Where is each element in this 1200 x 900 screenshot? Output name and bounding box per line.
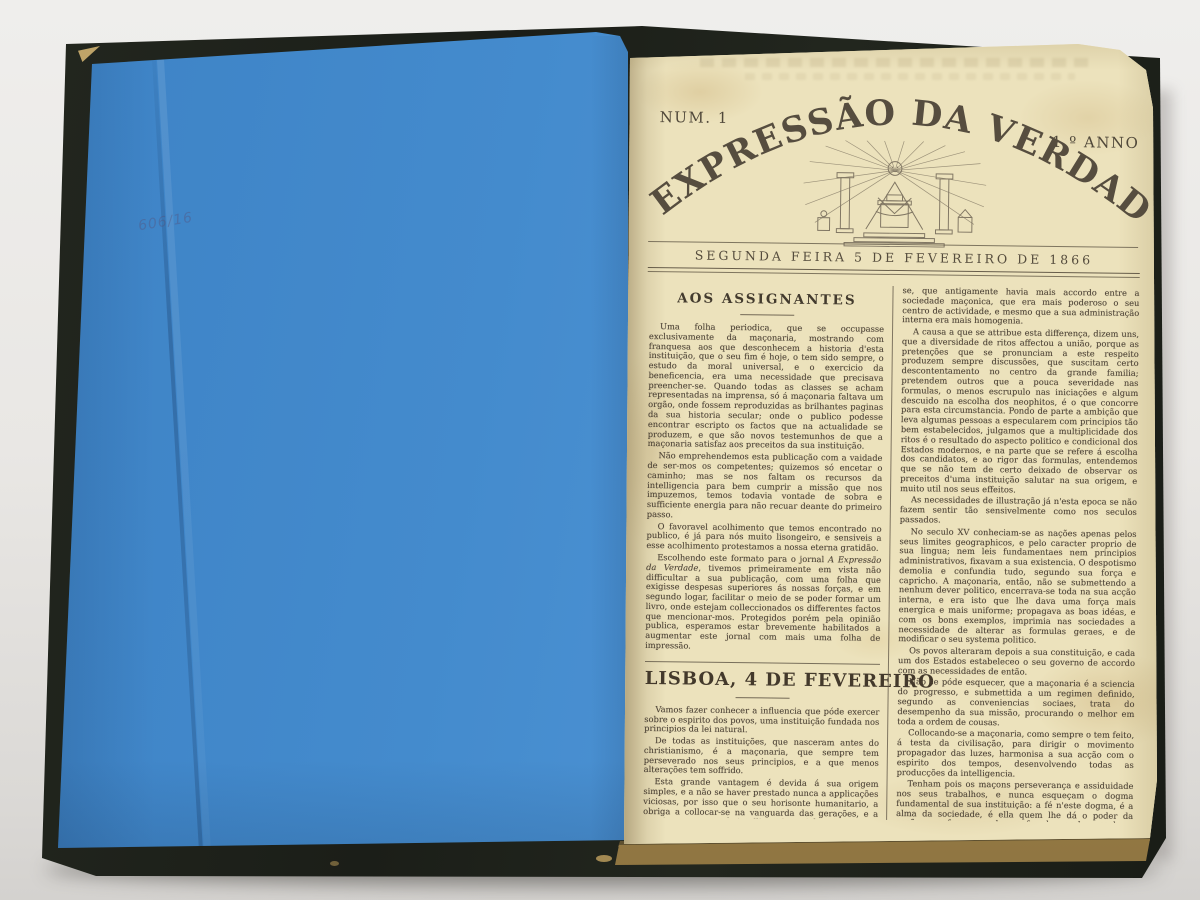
show-through-text [700, 58, 1090, 67]
paragraph: As necessidades de illustração já n'esta… [900, 495, 1137, 527]
paragraph-continuation: se, que antigamente havia mais accordo e… [902, 286, 1139, 328]
worn-cover-spot [330, 861, 339, 866]
paragraph: Escolhendo este formato para o jornal A … [645, 553, 881, 654]
paragraph: De todas as instituições, que nasceram a… [644, 736, 879, 778]
section-separator-rule [645, 661, 880, 665]
heading-rule [735, 697, 789, 699]
heading-rule [740, 314, 794, 316]
paragraph: Não se póde esquecer, que a maçonaria é … [897, 678, 1135, 730]
paragraph: Não emprehendemos esta publicação com a … [647, 451, 883, 522]
blue-page-fold-highlight [157, 60, 211, 851]
paragraph: Tenham pois os maçons perseverança e ass… [895, 779, 1133, 823]
masonic-emblem-illustration [800, 140, 989, 248]
left-text-column: AOS ASSIGNANTES Uma folha periodica, que… [641, 283, 893, 820]
date-line: SEGUNDA FEIRA 5 DE FEVEREIRO DE 1866 [648, 247, 1140, 268]
paragraph-text: , tivemos primeiramente em vista não dif… [645, 562, 881, 650]
paragraph: O favoravel acolhimento que temos encont… [646, 522, 881, 554]
double-rule [648, 267, 1140, 278]
compass-and-square-icon [866, 182, 923, 230]
paragraph: Os povos alteraram depois a sua constitu… [898, 646, 1135, 678]
article-columns: AOS ASSIGNANTES Uma folha periodica, que… [641, 283, 1139, 823]
show-through-text [745, 73, 1075, 80]
newspaper-front-page: NUM. 1 1.º ANNO A EXPRESSÃO DA VERDADE [641, 88, 1142, 823]
paragraph: A causa a que se attribue esta differenç… [900, 327, 1139, 496]
masthead: NUM. 1 1.º ANNO A EXPRESSÃO DA VERDADE [648, 88, 1142, 284]
worn-cover-spot [596, 855, 612, 862]
section-heading-aos-assignantes: AOS ASSIGNANTES [649, 290, 884, 309]
paragraph: Esta grande vantagem é devida á sua orig… [643, 777, 879, 823]
blue-page-gutter-shading [590, 36, 628, 844]
paragraph: No seculo XV conheciam-se as nações apen… [898, 527, 1136, 647]
right-text-column: se, que antigamente havia mais accordo e… [886, 286, 1140, 823]
blue-page-shading [58, 760, 628, 848]
section-heading-lisboa: LISBOA, 4 DE FEVEREIRO [645, 668, 880, 692]
paragraph: Collocando-se a maçonaria, como sempre o… [897, 728, 1135, 780]
altar [878, 195, 912, 228]
paragraph: Uma folha periodica, que se occupasse ex… [648, 322, 885, 452]
blue-page-fold-line [152, 60, 203, 851]
paragraph: Vamos fazer conhecer a influencia que pó… [644, 705, 879, 737]
photo-of-open-book: 606/16 NUM. 1 1.º ANNO A EXPRESSÃO DA VE… [0, 0, 1200, 900]
